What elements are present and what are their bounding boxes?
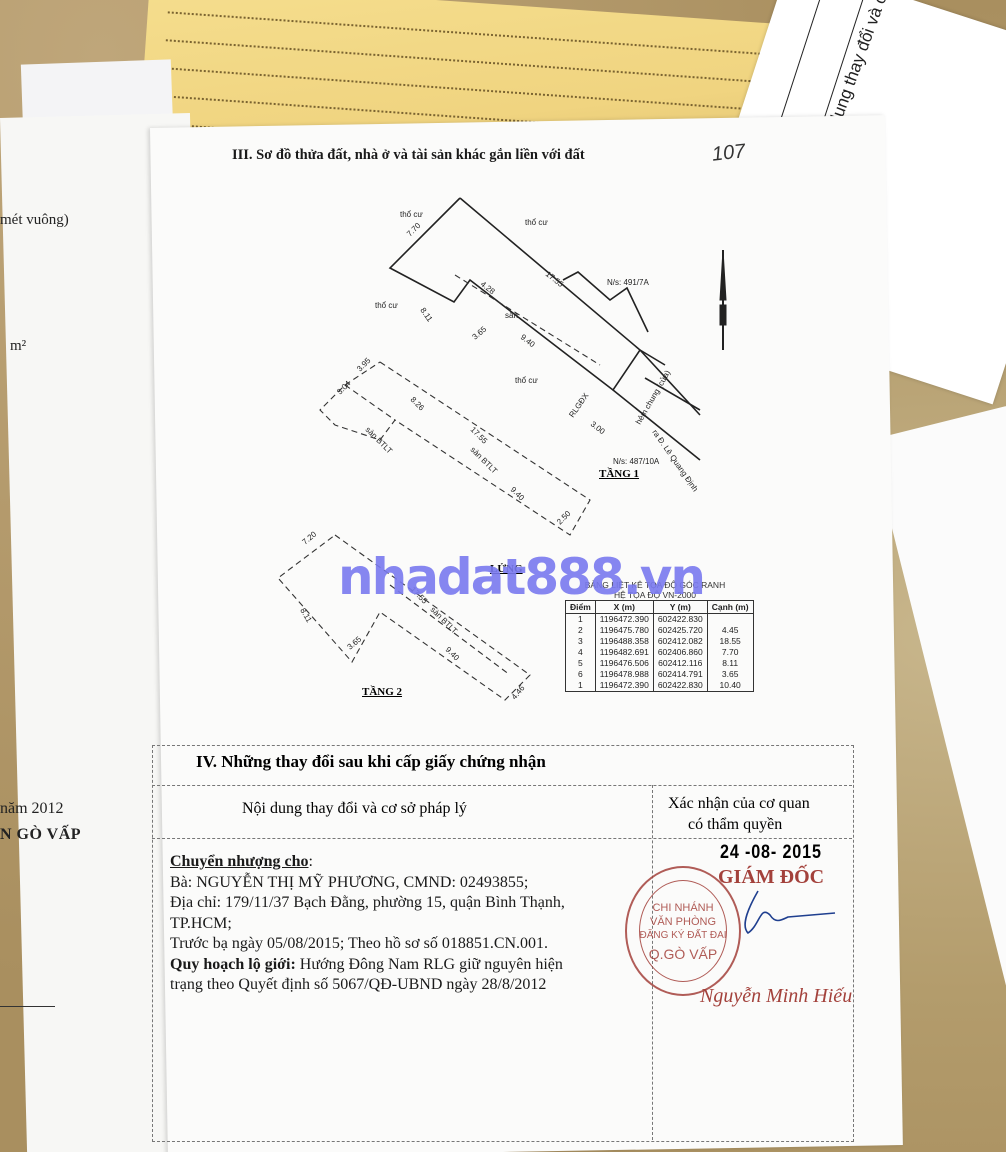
svg-text:2.50: 2.50	[555, 509, 573, 527]
table-row: 41196482.691602406.8607.70	[566, 647, 754, 658]
table-cell: 4	[566, 647, 596, 658]
signature	[730, 885, 840, 945]
entry-owner: Bà: NGUYỄN THỊ MỸ PHƯƠNG, CMND: 02493855…	[170, 873, 565, 894]
svg-text:17.55: 17.55	[544, 269, 566, 289]
entry-city: TP.HCM;	[170, 914, 565, 935]
confirmation-date: 24 -08- 2015	[720, 842, 822, 864]
table-row: 21196475.780602425.7204.45	[566, 625, 754, 636]
watermark: nhadat888.vn	[338, 548, 704, 606]
svg-text:sàn BTLT: sàn BTLT	[429, 605, 460, 636]
divider	[152, 838, 852, 839]
svg-text:9.40: 9.40	[519, 332, 537, 349]
entry-heading: Chuyển nhượng cho	[170, 853, 309, 870]
table-row: 11196472.390602422.83010.40	[566, 680, 754, 692]
svg-text:8.11: 8.11	[418, 306, 434, 324]
table-cell: 1196476.506	[595, 658, 653, 669]
svg-text:3.04: 3.04	[335, 379, 353, 397]
table-cell: 1	[566, 614, 596, 626]
table-cell: 602422.830	[653, 614, 707, 626]
table-cell: 602406.860	[653, 647, 707, 658]
entry-address: Địa chỉ: 179/11/37 Bạch Đằng, phường 15,…	[170, 893, 565, 914]
svg-text:sàn BTLT: sàn BTLT	[364, 425, 395, 456]
entry-decision: trạng theo Quyết định số 5067/QĐ-UBND ng…	[170, 975, 565, 996]
svg-text:thổ cư: thổ cư	[400, 210, 423, 219]
table-cell: 2	[566, 625, 596, 636]
edge-cell: 3.65	[707, 669, 753, 680]
svg-text:hẻm chung (cửa): hẻm chung (cửa)	[634, 368, 672, 426]
table-cell: 1196488.358	[595, 636, 653, 647]
svg-text:7.70: 7.70	[405, 221, 423, 239]
stamp-line: Q.GÒ VẤP	[627, 946, 739, 962]
table-row: 51196476.506602412.1168.11	[566, 658, 754, 669]
svg-text:thổ cư: thổ cư	[525, 218, 548, 227]
floor-2-label: TẦNG 2	[362, 686, 402, 698]
table-cell: 1196482.691	[595, 647, 653, 658]
svg-text:N/s: 487/10A: N/s: 487/10A	[613, 457, 660, 466]
column-header: Cạnh (m)	[707, 601, 753, 614]
coordinate-table: Điểm X (m) Y (m) Cạnh (m) 11196472.39060…	[565, 600, 754, 692]
table-row: 31196488.358602412.08218.55	[566, 636, 754, 647]
section-iv-title: IV. Những thay đổi sau khi cấp giấy chứn…	[196, 752, 546, 772]
stamp-line: CHI NHÁNH	[627, 902, 739, 914]
svg-text:8.11: 8.11	[298, 607, 314, 625]
svg-text:9.40: 9.40	[444, 645, 462, 663]
table-cell: 1196478.988	[595, 669, 653, 680]
table-row: 11196472.390602422.830	[566, 614, 754, 626]
svg-text:sân: sân	[505, 311, 518, 320]
table-cell: 602425.720	[653, 625, 707, 636]
svg-text:thổ cư: thổ cư	[515, 376, 538, 385]
signer-name: Nguyễn Minh Hiếu	[700, 985, 852, 1008]
table-cell: 1	[566, 680, 596, 692]
table-cell: 602422.830	[653, 680, 707, 692]
svg-text:N/s: 491/7A: N/s: 491/7A	[607, 278, 649, 287]
table-cell: 602412.082	[653, 636, 707, 647]
entry-planning: Hướng Đông Nam RLG giữ nguyên hiện	[296, 956, 563, 973]
svg-text:9.40: 9.40	[509, 485, 527, 503]
svg-text:3.65: 3.65	[471, 324, 489, 341]
edge-cell: 10.40	[707, 680, 753, 692]
table-row: 61196478.988602414.7913.65	[566, 669, 754, 680]
column-header-confirm-2: có thẩm quyền	[688, 816, 782, 834]
divider	[152, 785, 852, 786]
edge-cell	[707, 614, 753, 626]
floor-1-label: TẦNG 1	[599, 468, 639, 480]
svg-text:8.26: 8.26	[409, 395, 427, 413]
svg-text:3.95: 3.95	[355, 356, 373, 374]
stamp-line: VĂN PHÒNG	[627, 916, 739, 928]
svg-text:4.46: 4.46	[510, 683, 527, 701]
svg-text:7.20: 7.20	[301, 529, 319, 546]
svg-text:RLGĐX: RLGĐX	[567, 391, 591, 419]
table-cell: 602412.116	[653, 658, 707, 669]
change-entry: Chuyển nhượng cho: Bà: NGUYỄN THỊ MỸ PHƯ…	[170, 852, 565, 996]
table-cell: 1196475.780	[595, 625, 653, 636]
edge-cell: 8.11	[707, 658, 753, 669]
table-cell: 602414.791	[653, 669, 707, 680]
edge-cell: 7.70	[707, 647, 753, 658]
table-cell: 1196472.390	[595, 680, 653, 692]
column-header-confirm-1: Xác nhận của cơ quan	[668, 795, 810, 813]
stamp-line: ĐĂNG KÝ ĐẤT ĐAI	[627, 930, 739, 941]
column-header-content: Nội dung thay đổi và cơ sở pháp lý	[242, 800, 467, 818]
svg-text:3.00: 3.00	[589, 419, 607, 436]
official-stamp: CHI NHÁNH VĂN PHÒNG ĐĂNG KÝ ĐẤT ĐAI Q.GÒ…	[625, 866, 741, 996]
table-cell: 5	[566, 658, 596, 669]
entry-registration: Trước bạ ngày 05/08/2015; Theo hồ sơ số …	[170, 934, 565, 955]
svg-text:thổ cư: thổ cư	[375, 301, 398, 310]
table-cell: 6	[566, 669, 596, 680]
svg-text:3.65: 3.65	[346, 634, 364, 651]
edge-cell: 4.45	[707, 625, 753, 636]
svg-text:sàn BTLT: sàn BTLT	[469, 445, 500, 476]
table-cell: 1196472.390	[595, 614, 653, 626]
entry-planning-label: Quy hoạch lộ giới:	[170, 956, 296, 973]
edge-cell: 18.55	[707, 636, 753, 647]
svg-text:17.55: 17.55	[469, 425, 490, 446]
table-cell: 3	[566, 636, 596, 647]
